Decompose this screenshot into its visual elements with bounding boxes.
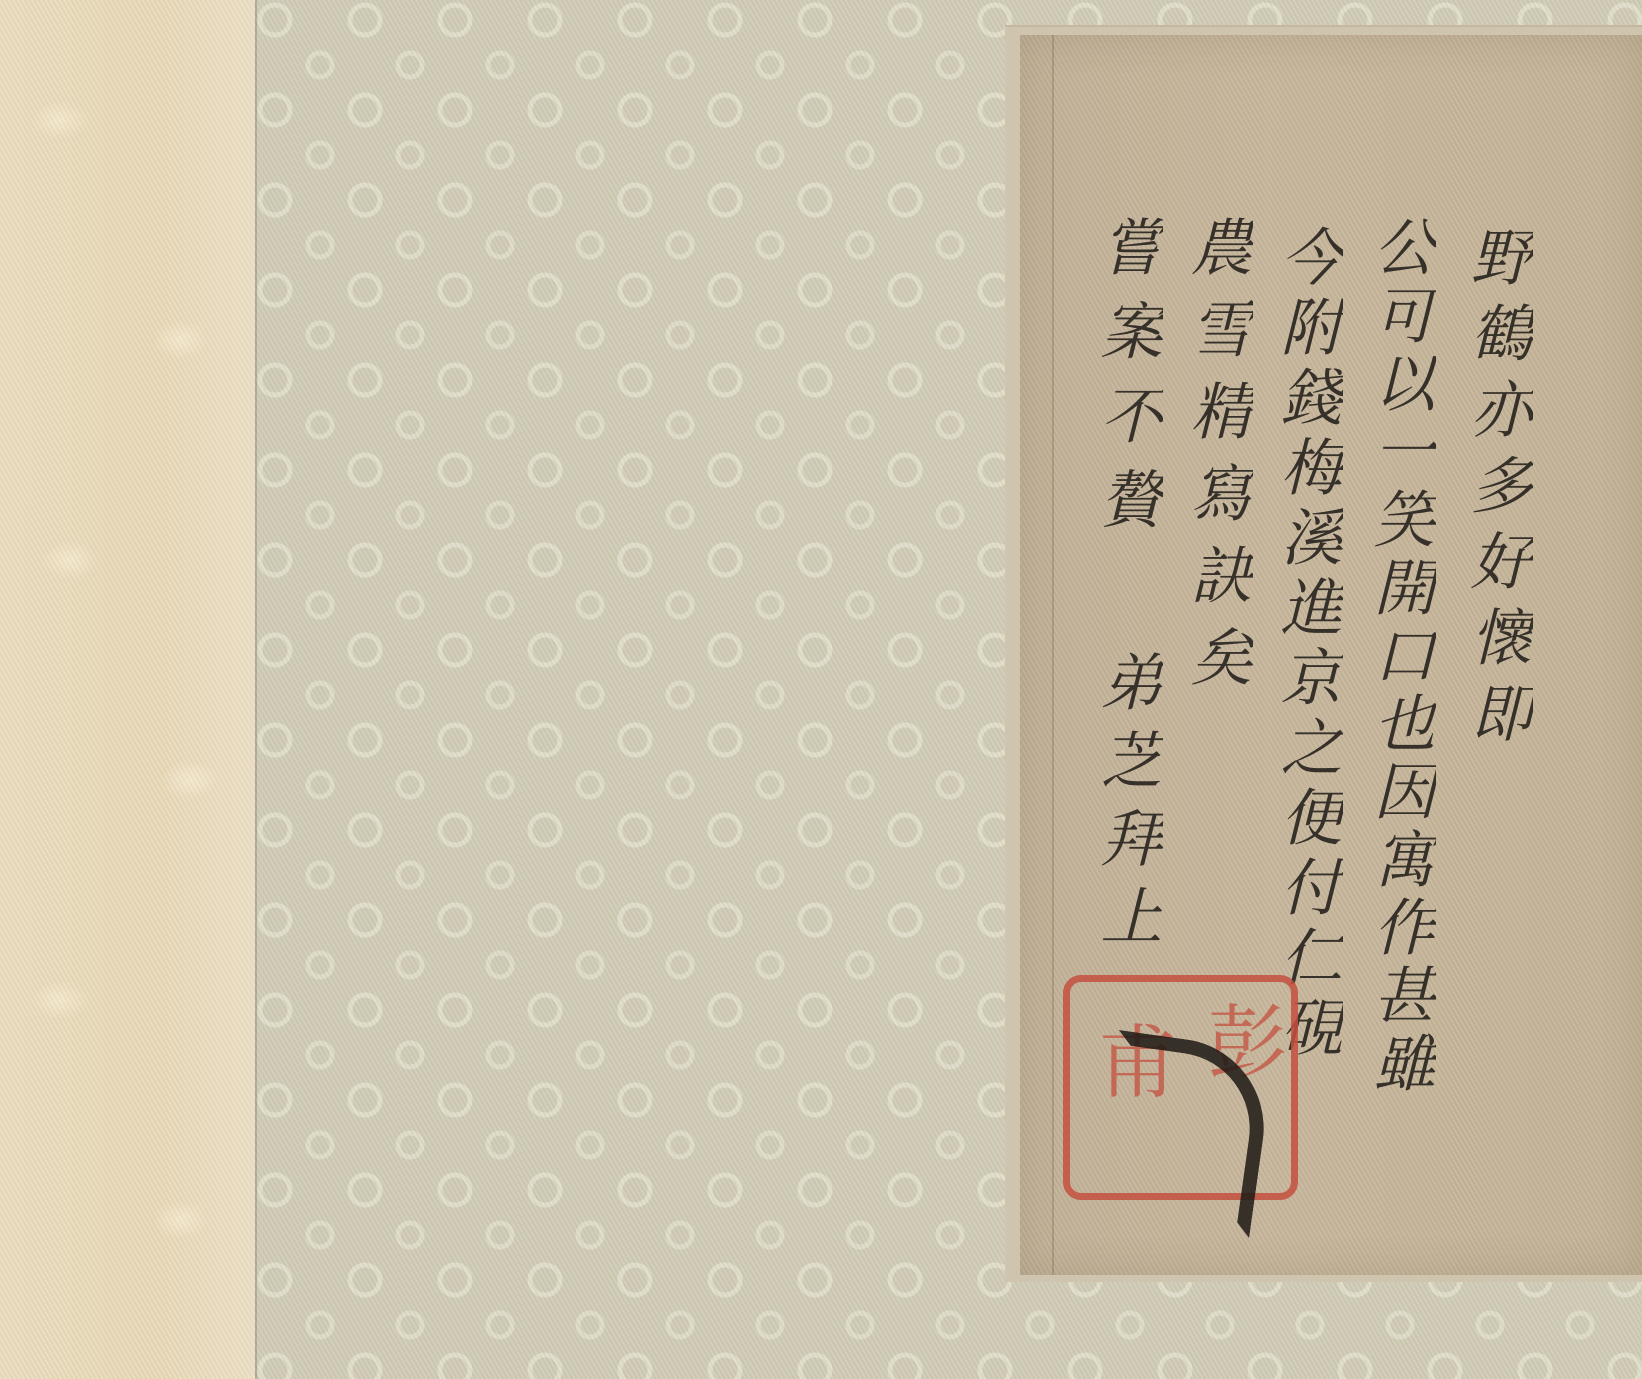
text-column-5: 嘗案不贅 [1095,215,1157,551]
left-mounting-silk [0,0,255,1379]
text-column-4: 農雪精寫訣矣 [1185,215,1247,707]
text-column-1: 野鶴亦多好懷即 [1465,225,1527,757]
text-column-2: 公可以一笑開口也因寓作甚雖 [1368,215,1430,1099]
signature-column: 弟芝拜上 [1095,650,1157,962]
text-column-3: 今附錢梅溪進京之便付仁硯 [1275,225,1337,1065]
paper-join-line [1052,35,1054,1275]
mount-seam [255,0,257,1379]
